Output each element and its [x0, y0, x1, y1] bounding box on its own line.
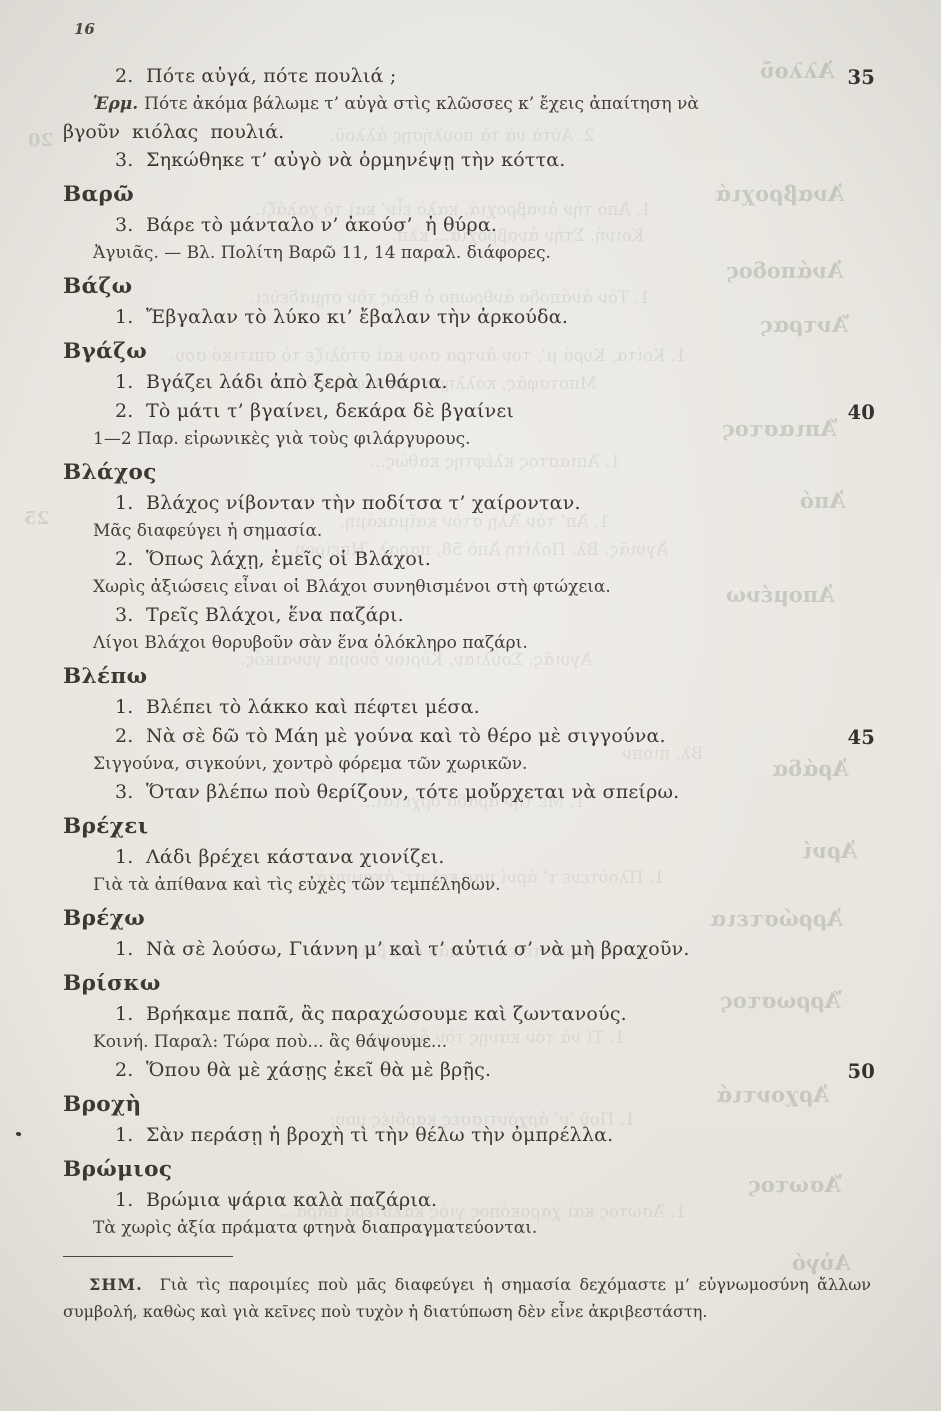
- line-text: 1—2 Παρ. εἰρωνικὲς γιὰ τοὺς φιλάργυρους.: [93, 429, 471, 449]
- line-text: 2. Νὰ σὲ δῶ τὸ Μάη μὲ γούνα καὶ τὸ θέρο …: [115, 725, 666, 747]
- page-number: 16: [74, 20, 95, 38]
- bleedthrough-ghost-text: 20: [28, 130, 53, 151]
- proverb-line: 2. Πότε αὐγά, πότε πουλιά ;35: [63, 62, 865, 91]
- proverb-line: 1. Βλάχος νίβονταν τὴν ποδίτσα τ’ χαίρον…: [63, 489, 865, 518]
- continuation-line: βγοῦν κιόλας πουλιά.: [63, 118, 865, 146]
- line-text: 1. Βρήκαμε παπᾶ, ἂς παραχώσουμε καὶ ζωντ…: [115, 1003, 627, 1025]
- line-text: 1. Νὰ σὲ λούσω, Γιάννη μ’ καὶ τ’ αὐτιά σ…: [115, 938, 690, 960]
- entry-headword: Βλάχος: [63, 458, 865, 488]
- line-text: Τὰ χωρὶς ἀξία πράματα φτηνὰ διαπραγματεύ…: [93, 1218, 537, 1238]
- proverb-line: 1. Νὰ σὲ λούσω, Γιάννη μ’ καὶ τ’ αὐτιά σ…: [63, 935, 865, 964]
- margin-line-number: 50: [847, 1057, 875, 1086]
- commentary-lead: Ἑρμ.: [93, 94, 138, 114]
- proverb-line: 1. Βρώμια ψάρια καλὰ παζάρια.: [63, 1186, 865, 1215]
- entry-headword: Βρέχω: [63, 904, 865, 934]
- entry-headword: Βάζω: [63, 272, 865, 302]
- commentary-line: Ἑρμ.Πότε ἀκόμα βάλωμε τ’ αὐγὰ στὶς κλῶσσ…: [63, 91, 865, 118]
- commentary-line: Μᾶς διαφεύγει ἡ σημασία.: [63, 518, 865, 545]
- line-text: Σιγγούνα, σιγκούνι, χοντρὸ φόρεμα τῶν χω…: [93, 754, 527, 774]
- line-text: 1. Βγάζει λάδι ἀπὸ ξερὰ λιθάρια.: [115, 371, 448, 393]
- line-text: Βροχὴ: [63, 1092, 142, 1117]
- line-text: 3. Βάρε τὸ μάνταλο ν’ ἀκούσ’ ἡ θύρα.: [115, 214, 497, 236]
- entry-headword: Βρώμιος: [63, 1155, 865, 1185]
- commentary-line: Κοινή. Παραλ: Τώρα ποὺ... ἂς θάψουμε...: [63, 1029, 865, 1056]
- proverb-line: 1. Λάδι βρέχει κάστανα χιονίζει.: [63, 843, 865, 872]
- line-text: 1. Βλέπει τὸ λάκκο καὶ πέφτει μέσα.: [115, 696, 480, 718]
- proverb-line: 3. Τρεῖς Βλάχοι, ἕνα παζάρι.: [63, 601, 865, 630]
- line-text: Βρέχω: [63, 906, 145, 931]
- dictionary-entries: 2. Πότε αὐγά, πότε πουλιά ;35Ἑρμ.Πότε ἀκ…: [63, 62, 865, 1242]
- proverb-line: 3. Σηκώθηκε τ’ αὐγὸ νὰ ὁρμηνέψῃ τὴν κόττ…: [63, 146, 865, 175]
- proverb-line: 3. Ὅταν βλέπω ποὺ θερίζουν, τότε μοὔρχετ…: [63, 778, 865, 807]
- line-text: 2. Πότε αὐγά, πότε πουλιά ;: [115, 65, 396, 87]
- line-text: Βρώμιος: [63, 1157, 172, 1182]
- line-text: Βάζω: [63, 274, 133, 299]
- bleedthrough-ghost-text: 25: [24, 508, 49, 529]
- line-text: Βαρῶ: [63, 182, 134, 207]
- line-text: Βρέχει: [63, 814, 149, 839]
- entry-headword: Βλέπω: [63, 662, 865, 692]
- line-text: 3. Ὅταν βλέπω ποὺ θερίζουν, τότε μοὔρχετ…: [115, 781, 679, 803]
- line-text: 1. Βλάχος νίβονταν τὴν ποδίτσα τ’ χαίρον…: [115, 492, 581, 514]
- proverb-line: 2. Ὅπως λάχῃ, ἐμεῖς οἱ Βλάχοι.: [63, 545, 865, 574]
- proverb-line: 1. Βγάζει λάδι ἀπὸ ξερὰ λιθάρια.: [63, 368, 865, 397]
- line-text: Βλέπω: [63, 664, 148, 689]
- commentary-line: 1—2 Παρ. εἰρωνικὲς γιὰ τοὺς φιλάργυρους.: [63, 426, 865, 453]
- footnote-text: Γιὰ τὶς παροιμίες ποὺ μᾶς διαφεύγει ἡ ση…: [63, 1275, 871, 1321]
- line-text: 1. Ἔβγαλαν τὸ λύκο κι’ ἔβαλαν τὴν ἀρκούδ…: [115, 306, 568, 328]
- line-text: Χωρὶς ἀξιώσεις εἶναι οἱ Βλάχοι συνηθισμέ…: [93, 577, 611, 597]
- line-text: 1. Βρώμια ψάρια καλὰ παζάρια.: [115, 1189, 437, 1211]
- proverb-line: 3. Βάρε τὸ μάνταλο ν’ ἀκούσ’ ἡ θύρα.: [63, 211, 865, 240]
- proverb-line: 2. Τὸ μάτι τ’ βγαίνει, δεκάρα δὲ βγαίνει…: [63, 397, 865, 426]
- footnote-divider: [63, 1256, 233, 1257]
- proverb-line: 1. Σὰν περάσῃ ἡ βροχὴ τὶ τὴν θέλω τὴν ὀμ…: [63, 1121, 865, 1150]
- line-text: Γιὰ τὰ ἀπίθανα καὶ τὶς εὐχὲς τῶν τεμπέλη…: [93, 875, 501, 895]
- footnote: ΣΗΜ. Γιὰ τὶς παροιμίες ποὺ μᾶς διαφεύγει…: [63, 1271, 871, 1325]
- commentary-line: Ἀγυιᾶς. — Βλ. Πολίτη Βαρῶ 11, 14 παραλ. …: [63, 240, 865, 267]
- line-text: 1. Σὰν περάσῃ ἡ βροχὴ τὶ τὴν θέλω τὴν ὀμ…: [115, 1124, 613, 1146]
- ink-speck: [15, 1131, 21, 1137]
- line-text: Ἀγυιᾶς. — Βλ. Πολίτη Βαρῶ 11, 14 παραλ. …: [93, 243, 551, 263]
- line-text: 1. Λάδι βρέχει κάστανα χιονίζει.: [115, 846, 445, 868]
- proverb-line: 2. Νὰ σὲ δῶ τὸ Μάη μὲ γούνα καὶ τὸ θέρο …: [63, 722, 865, 751]
- line-text: Κοινή. Παραλ: Τώρα ποὺ... ἂς θάψουμε...: [93, 1032, 447, 1052]
- line-text: 3. Σηκώθηκε τ’ αὐγὸ νὰ ὁρμηνέψῃ τὴν κόττ…: [115, 149, 566, 171]
- margin-line-number: 45: [847, 723, 875, 752]
- line-text: 2. Τὸ μάτι τ’ βγαίνει, δεκάρα δὲ βγαίνει: [115, 400, 514, 422]
- entry-headword: Βρέχει: [63, 812, 865, 842]
- footnote-label: ΣΗΜ.: [89, 1275, 143, 1294]
- commentary-line: Λίγοι Βλάχοι θορυβοῦν σὰν ἕνα ὁλόκληρο π…: [63, 630, 865, 657]
- line-text: Βγάζω: [63, 339, 147, 364]
- commentary-line: Χωρὶς ἀξιώσεις εἶναι οἱ Βλάχοι συνηθισμέ…: [63, 574, 865, 601]
- line-text: Βρίσκω: [63, 971, 161, 996]
- entry-headword: Βαρῶ: [63, 180, 865, 210]
- margin-line-number: 40: [847, 398, 875, 427]
- line-text: Πότε ἀκόμα βάλωμε τ’ αὐγὰ στὶς κλῶσσες κ…: [144, 94, 699, 114]
- margin-line-number: 35: [847, 63, 875, 92]
- commentary-line: Τὰ χωρὶς ἀξία πράματα φτηνὰ διαπραγματεύ…: [63, 1215, 865, 1242]
- line-text: 3. Τρεῖς Βλάχοι, ἕνα παζάρι.: [115, 604, 404, 626]
- line-text: Λίγοι Βλάχοι θορυβοῦν σὰν ἕνα ὁλόκληρο π…: [93, 633, 528, 653]
- proverb-line: 1. Ἔβγαλαν τὸ λύκο κι’ ἔβαλαν τὴν ἀρκούδ…: [63, 303, 865, 332]
- proverb-line: 1. Βλέπει τὸ λάκκο καὶ πέφτει μέσα.: [63, 693, 865, 722]
- entry-headword: Βγάζω: [63, 337, 865, 367]
- entry-headword: Βρίσκω: [63, 969, 865, 999]
- line-text: 2. Ὅπου θὰ μὲ χάσῃς ἐκεῖ θὰ μὲ βρῇς.: [115, 1059, 491, 1081]
- line-text: Μᾶς διαφεύγει ἡ σημασία.: [93, 521, 322, 541]
- proverb-line: 1. Βρήκαμε παπᾶ, ἂς παραχώσουμε καὶ ζωντ…: [63, 1000, 865, 1029]
- commentary-line: Γιὰ τὰ ἀπίθανα καὶ τὶς εὐχὲς τῶν τεμπέλη…: [63, 872, 865, 899]
- line-text: βγοῦν κιόλας πουλιά.: [63, 121, 284, 143]
- commentary-line: Σιγγούνα, σιγκούνι, χοντρὸ φόρεμα τῶν χω…: [63, 751, 865, 778]
- line-text: Βλάχος: [63, 460, 157, 485]
- line-text: 2. Ὅπως λάχῃ, ἐμεῖς οἱ Βλάχοι.: [115, 548, 431, 570]
- entry-headword: Βροχὴ: [63, 1090, 865, 1120]
- proverb-line: 2. Ὅπου θὰ μὲ χάσῃς ἐκεῖ θὰ μὲ βρῇς.50: [63, 1056, 865, 1085]
- scanned-book-page: ἈλλοῦἈναβροχιάἈνάποδοςἌντραςἌπιαστοςἈπόἈ…: [0, 0, 941, 1411]
